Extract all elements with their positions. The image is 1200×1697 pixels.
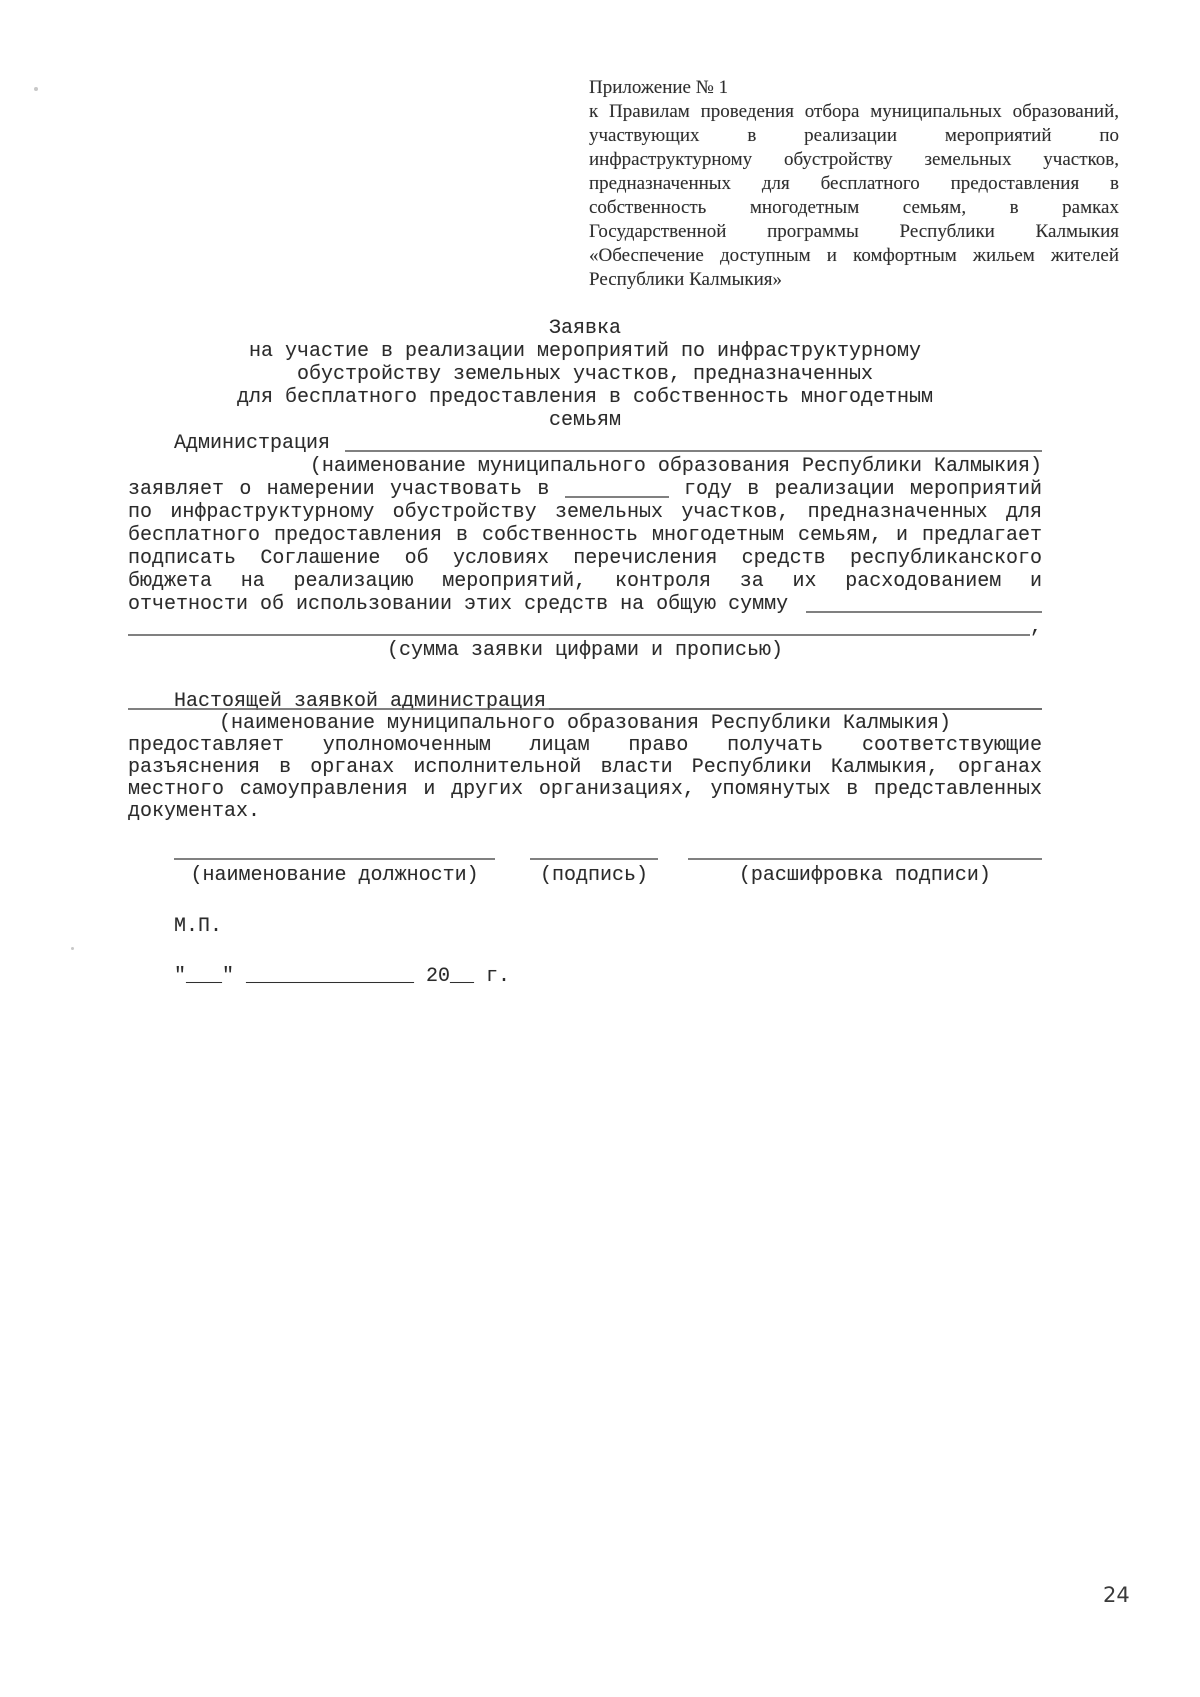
body-text-line: документах.	[128, 801, 1042, 823]
appendix-note-line: к Правилам проведения отбора муниципальн…	[589, 100, 1119, 124]
body-text-line: разъяснения в органах исполнительной вла…	[128, 757, 1042, 779]
sum-line: отчетности об использовании этих средств…	[128, 593, 1042, 616]
signature-gap	[495, 846, 530, 860]
form-title-line: Заявка	[128, 317, 1042, 340]
caption-sum: (сумма заявки цифрами и прописью)	[128, 639, 1042, 662]
signature-gap	[495, 864, 530, 887]
document-page: Приложение № 1 к Правилам проведения отб…	[0, 0, 1200, 1697]
signature-spacer	[128, 864, 174, 887]
appendix-note-line: Республики Калмыкия»	[589, 268, 1119, 292]
signature-blank-line	[530, 846, 658, 860]
caption-position: (наименование должности)	[174, 864, 495, 887]
signature-gap	[658, 864, 688, 887]
appendix-note-line: Государственной программы Республики Кал…	[589, 220, 1119, 244]
declare-text-pre: заявляет о намерении участвовать в	[128, 478, 549, 501]
date-line: "___" ______________ 20__ г.	[174, 965, 510, 988]
sum-blank-line	[806, 593, 1042, 616]
position-blank-line	[174, 846, 495, 860]
body-text-line: местного самоуправления и других организ…	[128, 779, 1042, 801]
appendix-note: Приложение № 1 к Правилам проведения отб…	[589, 76, 1119, 292]
appendix-note-line: Приложение № 1	[589, 76, 1119, 100]
form-title-line: обустройству земельных участков, предназ…	[128, 363, 1042, 386]
signature-block: (наименование должности) (подпись) (расш…	[128, 846, 1042, 887]
body-text-line: предоставляет уполномоченным лицам право…	[128, 735, 1042, 757]
form-title-line: для бесплатного предоставления в собстве…	[128, 386, 1042, 409]
signature-gap	[658, 846, 688, 860]
declare-line: заявляет о намерении участвовать в году …	[128, 478, 1042, 501]
scan-artifact	[71, 947, 74, 950]
form-body: Заявка на участие в реализации мероприят…	[128, 317, 1042, 662]
form-body-2: Настоящей заявкой администрация (наимено…	[128, 691, 1042, 823]
appendix-note-line: «Обеспечение доступным и комфортным жиль…	[589, 244, 1119, 268]
comma-text: ,	[1030, 616, 1042, 639]
caption-signature: (подпись)	[530, 864, 658, 887]
administration-line: Администрация	[128, 432, 1042, 455]
appendix-note-line: участвующих в реализации мероприятий по	[589, 124, 1119, 148]
sum-blank-line-2	[128, 616, 1030, 639]
signature-underline-row	[128, 846, 1042, 860]
scan-artifact	[34, 87, 38, 91]
administration-blank-line	[345, 432, 1042, 455]
year-blank-line	[565, 492, 669, 498]
stamp-mark: М.П.	[174, 915, 222, 938]
appendix-note-line: предназначенных для бесплатного предоста…	[589, 172, 1119, 196]
sum-text: отчетности об использовании этих средств…	[128, 593, 788, 616]
appendix-note-line: инфраструктурному обустройству земельных…	[589, 148, 1119, 172]
signature-caption-row: (наименование должности) (подпись) (расш…	[128, 864, 1042, 887]
caption-municipality-1: (наименование муниципального образования…	[128, 455, 1042, 478]
body-text-line: бюджета на реализацию мероприятий, контр…	[128, 570, 1042, 593]
signature-spacer	[128, 846, 174, 860]
form-title-line: семьям	[128, 409, 1042, 432]
caption-municipality-2: (наименование муниципального образования…	[128, 713, 1042, 735]
body-text-line: по инфраструктурному обустройству земель…	[128, 501, 1042, 524]
declare-text-post: году в реализации мероприятий	[684, 478, 1042, 501]
appendix-note-line: собственность многодетным семьям, в рамк…	[589, 196, 1119, 220]
administration-label: Администрация	[128, 432, 330, 455]
fullname-blank-line	[688, 846, 1042, 860]
body-text-line: бесплатного предоставления в собственнос…	[128, 524, 1042, 547]
sum-underline-row: ,	[128, 616, 1042, 639]
page-number: 24	[1103, 1583, 1130, 1607]
caption-fullname: (расшифровка подписи)	[688, 864, 1042, 887]
body-text-line: подписать Соглашение об условиях перечис…	[128, 547, 1042, 570]
form-title-line: на участие в реализации мероприятий по и…	[128, 340, 1042, 363]
